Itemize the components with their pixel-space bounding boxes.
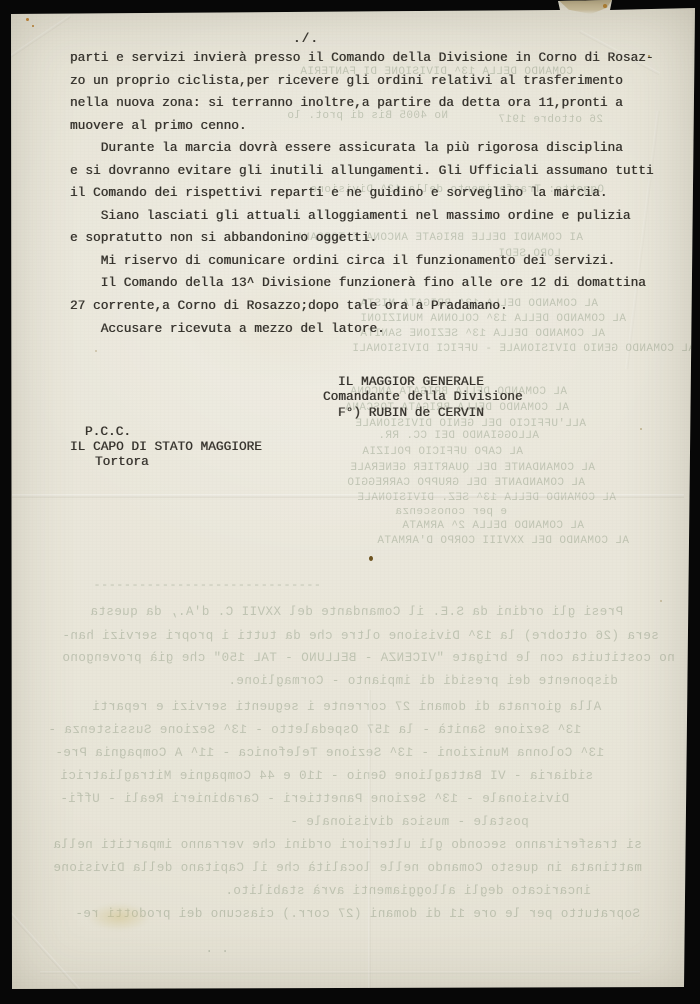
body-text-line: Siano lasciati gli attuali alloggiamenti… <box>70 205 654 228</box>
bleedthrough-text-line: mattinata in questo Comando nelle locali… <box>53 861 642 875</box>
body-text-line: nella nuova zona: si terranno inoltre,a … <box>70 92 654 115</box>
bleedthrough-text-line: 13^ Colonna Munizioni - 13^ Sezione Tele… <box>55 746 604 760</box>
top-edge-tear <box>556 0 614 14</box>
bleedthrough-text-line: sera (26 ottobre) la 13^ Divisione oltre… <box>62 629 659 643</box>
bleedthrough-text-line: incaricato degli alloggiamenti avrà stab… <box>225 884 591 898</box>
foxing-speck <box>603 4 607 8</box>
bleedthrough-text-line: ALLOGGIANDO DEI CC. RR. <box>378 430 539 442</box>
bleedthrough-text-line: AL CAPO UFFICIO POLIZIA <box>362 446 523 458</box>
foxing-speck <box>26 18 29 21</box>
bleedthrough-text-line: . . <box>205 942 229 956</box>
bleedthrough-text-line: AL COMANDO DELLA 13^ SEZ. DIVISIONALE <box>357 492 616 504</box>
pcc-abbreviation: P.C.C. <box>85 424 262 439</box>
bleedthrough-text-line: postale - musica divisionale - <box>290 815 529 829</box>
foxing-speck <box>32 25 34 27</box>
bleedthrough-text-line: no costituita con le brigate "VICENZA - … <box>62 651 675 665</box>
body-text-line: Durante la marcia dovrà essere assicurat… <box>70 137 654 160</box>
scanned-document-photo: COMANDO DELLA 13^ DIVISIONE DI FANTERIAN… <box>0 0 700 1004</box>
bleedthrough-text-line: disponente dei presidi di impianto - Cor… <box>228 674 618 688</box>
stain-mark <box>88 903 150 931</box>
crease-mark <box>0 15 71 65</box>
foxing-speck <box>369 556 373 561</box>
chief-of-staff-title: IL CAPO DI STATO MAGGIORE <box>70 439 262 454</box>
crease-mark <box>368 690 371 988</box>
body-text-line: Il Comando della 13^ Divisione funzioner… <box>70 272 654 295</box>
body-text-line: il Comando dei rispettivi reparti e ne g… <box>70 182 654 205</box>
bleedthrough-text-line: si trasferiranno secondo gli ulteriori o… <box>53 838 642 852</box>
signature-title: IL MAGGIOR GENERALE <box>338 374 523 389</box>
crease-mark <box>40 971 640 974</box>
body-text-line: e si dovranno evitare gli inutili allung… <box>70 160 654 183</box>
body-text-line: e sopratutto non si abbandonino oggetti. <box>70 227 654 250</box>
body-text-line: Accusare ricevuta a mezzo del latore. <box>70 318 654 341</box>
paper-sheet: COMANDO DELLA 13^ DIVISIONE DI FANTERIAN… <box>0 0 700 1004</box>
certification-block: P.C.C. IL CAPO DI STATO MAGGIORE Tortora <box>70 424 262 470</box>
bleedthrough-text-line: ------------------------------ <box>93 578 321 592</box>
body-text-line: 27 corrente,a Corno di Rosazzo;dopo tale… <box>70 295 654 318</box>
body-text-line: Mi riservo di comunicare ordini circa il… <box>70 250 654 273</box>
bleedthrough-text-line: AL COMANDO GENIO DIVISIONALE - UFFICI DI… <box>352 343 695 355</box>
signature-name: F°) RUBIN de CERVIN <box>338 405 523 420</box>
continuation-mark: ./. <box>293 31 319 46</box>
bleedthrough-text-line: Divisionale - 13^ Sezione Panettieri - C… <box>60 792 569 806</box>
bleedthrough-text-line: 13^ Sezione Sanità - la 157 Ospedaletto … <box>48 723 581 737</box>
bleedthrough-text-line: AL COMANDO DELLA 2^ ARMATA <box>402 520 584 532</box>
bleedthrough-text-line: sidiaria - VI Battaglione Genio - 110 e … <box>60 769 593 783</box>
bleedthrough-text-line: AL COMANDANTE DEL GRUPPO CARREGGIO <box>347 477 585 489</box>
crease-mark <box>0 900 91 1002</box>
body-text-line: parti e servizi invierà presso il Comand… <box>70 47 654 70</box>
bleedthrough-text-line: Alla giornata di domani 27 corrente i se… <box>92 700 601 714</box>
body-text-line: muovere al primo cenno. <box>70 115 654 138</box>
body-text-line: zo un proprio ciclista,per ricevere gli … <box>70 70 654 93</box>
signature-role: Comandante della Divisione <box>323 389 523 404</box>
bleedthrough-text-line: Sopratutto per le ore 11 di domani (27 c… <box>75 907 640 921</box>
foxing-speck <box>640 428 642 430</box>
bleedthrough-text-line: e per conoscenza <box>395 506 507 518</box>
chief-of-staff-name: Tortora <box>95 454 262 469</box>
signature-block: IL MAGGIOR GENERALE Comandante della Div… <box>338 374 523 420</box>
bleedthrough-text-line: AL COMANDO DEL XXVIII CORPO D'ARMATA <box>377 535 629 547</box>
crease-mark <box>12 494 684 498</box>
bleedthrough-text-line: Presi gli ordini da S.E. il Comandante d… <box>90 605 623 619</box>
bleedthrough-text-line: AL COMANDANTE DEL QUARTIER GENERALE <box>350 462 595 474</box>
letter-body: parti e servizi invierà presso il Comand… <box>70 47 654 340</box>
foxing-speck <box>95 350 97 352</box>
foxing-speck <box>660 600 662 602</box>
